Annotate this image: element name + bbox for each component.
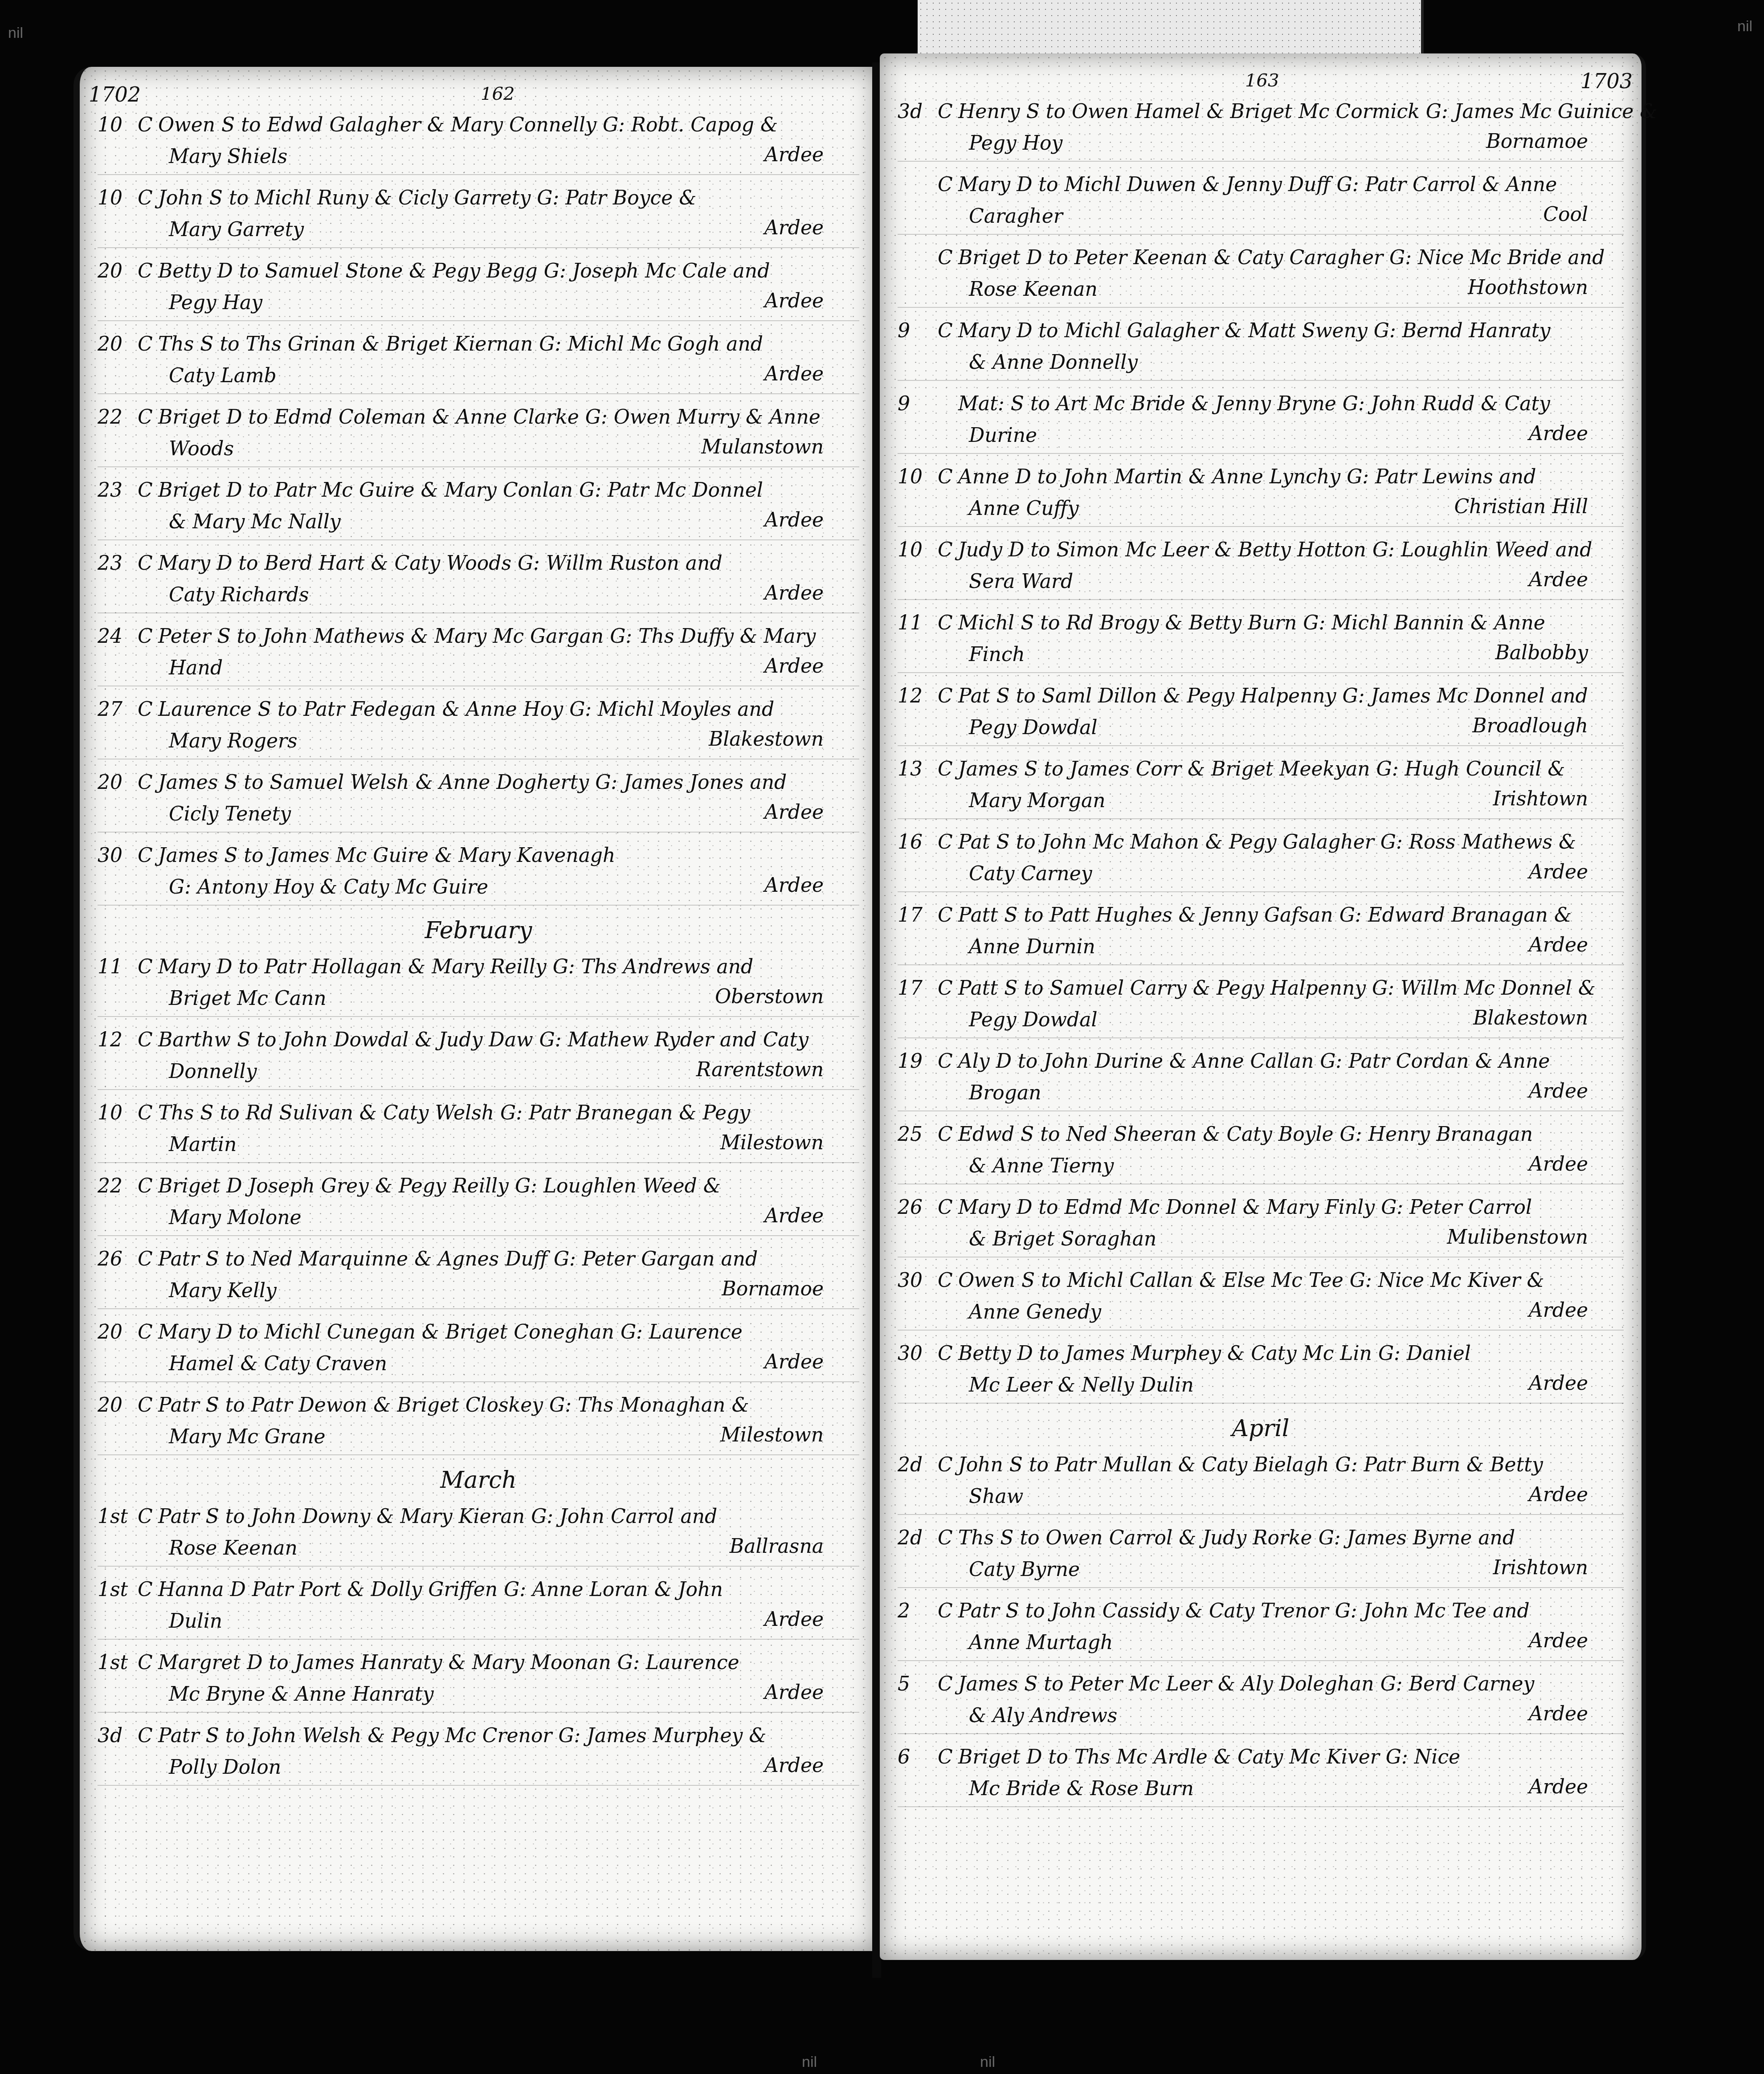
left-page: 1702 162 10COwen S to Edwd Galagher & Ma… [73,67,877,1951]
entry-mark: C [138,621,158,653]
entry-text: John S to Michl Runy & Cicly Garrety G: … [158,187,696,209]
entry-text: Michl S to Rd Brogy & Betty Burn G: Mich… [958,612,1545,634]
entry-cont-text: Finch [969,643,1025,666]
entry-cont-text: Briget Mc Cann [169,987,327,1010]
entry-mark: C [938,315,958,347]
entry-mark: C [138,1024,158,1056]
entry-line: 10COwen S to Edwd Galagher & Mary Connel… [98,109,859,141]
entry-continuation: DonnellyRarentstown [98,1056,859,1087]
entry-mark: C [138,1647,158,1679]
entry-cont-text: Anne Genedy [969,1301,1101,1323]
entry-place: Ballrasna [730,1531,824,1562]
entry-place: Ardee [764,1750,824,1781]
entry-continuation: Mary GarretyArdee [98,214,859,245]
entry-cont-text: Caty Carney [969,862,1092,885]
entry-continuation: Polly DolonArdee [98,1752,859,1783]
entry-place: Ardee [764,1677,824,1708]
entry-day: 20 [98,255,138,287]
entry-text: Mat: S to Art Mc Bride & Jenny Bryne G: … [958,392,1550,415]
entry-cont-text: Pegy Hoy [969,132,1062,155]
entry-place: Ardee [1529,1295,1588,1326]
entry-day: 26 [898,1192,938,1224]
entry-line: 20CMary D to Michl Cunegan & Briget Cone… [98,1316,859,1348]
entry-mark: C [938,1265,958,1297]
entry-text: Owen S to Michl Callan & Else Mc Tee G: … [958,1269,1544,1292]
entry-day: 30 [898,1265,938,1297]
watermark-nil-top-left: nil [8,24,23,42]
entry-day: 17 [898,899,938,931]
entry-text: Briget D to Ths Mc Ardle & Caty Mc Kiver… [958,1746,1460,1768]
right-page: 163 1703 3dCHenry S to Owen Hamel & Brig… [880,53,1646,1960]
entry-line: 11CMary D to Patr Hollagan & Mary Reilly… [98,951,859,983]
left-entries-list: 10COwen S to Edwd Galagher & Mary Connel… [98,109,859,1793]
entry-text: Hanna D Patr Port & Dolly Griffen G: Ann… [158,1578,723,1601]
entry-line: 16CPat S to John Mc Mahon & Pegy Galaghe… [898,826,1624,858]
entry-cont-text: Pegy Dowdal [969,716,1098,739]
entry-mark: C [138,1720,158,1752]
entry-cont-text: Sera Ward [969,570,1073,593]
entry-continuation: Mc Leer & Nelly DulinArdee [898,1370,1624,1401]
register-entry: 25CEdwd S to Ned Sheeran & Caty Boyle G:… [898,1119,1624,1184]
entry-text: Patr S to John Downy & Mary Kieran G: Jo… [158,1505,717,1528]
entry-cont-text: Mary Morgan [969,789,1105,812]
entry-place: Ardee [764,578,824,609]
entry-cont-text: Mc Bryne & Anne Hanraty [169,1683,434,1706]
entry-place: Bornamoe [722,1274,824,1305]
entry-day: 9 [898,315,938,347]
entry-continuation: Mc Bryne & Anne HanratyArdee [98,1679,859,1710]
entry-text: Pat S to Saml Dillon & Pegy Halpenny G: … [958,685,1588,707]
register-entry: 24CPeter S to John Mathews & Mary Mc Gar… [98,621,859,686]
register-entry: 12CBarthw S to John Dowdal & Judy Daw G:… [98,1024,859,1090]
entry-cont-text: & Briget Soraghan [969,1228,1156,1250]
entry-mark: C [138,1170,158,1202]
entry-continuation: MartinMilestown [98,1129,859,1160]
entry-line: 22CBriget D Joseph Grey & Pegy Reilly G:… [98,1170,859,1202]
entry-text: Patr S to John Cassidy & Caty Trenor G: … [958,1600,1530,1622]
entry-continuation: Mary RogersBlakestown [98,726,859,757]
register-entry: 19CAly D to John Durine & Anne Callan G:… [898,1045,1624,1111]
entry-mark: C [138,474,158,506]
entry-cont-text: Durine [969,424,1037,447]
entry-mark: C [138,1097,158,1129]
entry-day: 3d [898,96,938,128]
entry-cont-text: Brogan [969,1082,1041,1104]
entry-text: Patr S to Patr Dewon & Briget Closkey G:… [158,1394,749,1417]
register-entry: 10COwen S to Edwd Galagher & Mary Connel… [98,109,859,175]
entry-line: 10CJohn S to Michl Runy & Cicly Garrety … [98,182,859,214]
entry-continuation: BroganArdee [898,1078,1624,1109]
entry-place: Ardee [764,286,824,317]
entry-continuation: Caty CarneyArdee [898,858,1624,890]
entry-continuation: DulinArdee [98,1606,859,1637]
entry-cont-text: Rose Keenan [169,1537,298,1560]
entry-mark: C [938,1668,958,1700]
entry-place: Milestown [720,1420,824,1451]
entry-place: Blakestown [709,724,824,755]
entry-line: 2dCJohn S to Patr Mullan & Caty Bielagh … [898,1449,1624,1481]
entry-place: Ardee [1529,418,1588,449]
entry-cont-text: Mary Shiels [169,145,287,168]
entry-text: Mary D to Berd Hart & Caty Woods G: Will… [158,552,723,575]
register-entry: 26CMary D to Edmd Mc Donnel & Mary Finly… [898,1192,1624,1257]
entry-text: James S to James Corr & Briget Meekyan G… [958,758,1565,780]
register-entry: 2dCThs S to Owen Carrol & Judy Rorke G: … [898,1522,1624,1588]
entry-text: Edwd S to Ned Sheeran & Caty Boyle G: He… [958,1123,1533,1146]
entry-place: Ardee [764,1347,824,1378]
page-tab-strip [918,0,1424,56]
entry-text: Henry S to Owen Hamel & Briget Mc Cormic… [958,100,1658,123]
entry-continuation: & Anne Donnelly [898,347,1624,378]
register-entry: 30CBetty D to James Murphey & Caty Mc Li… [898,1338,1624,1404]
register-entry: 2dCJohn S to Patr Mullan & Caty Bielagh … [898,1449,1624,1515]
entry-cont-text: & Aly Andrews [969,1704,1117,1727]
entry-continuation: Cicly TenetyArdee [98,799,859,830]
register-entry: 9CMary D to Michl Galagher & Matt Sweny … [898,315,1624,381]
entry-mark: C [938,1522,958,1554]
entry-cont-text: Anne Durnin [969,935,1095,958]
entry-line: 26CPatr S to Ned Marquinne & Agnes Duff … [98,1243,859,1275]
entry-line: 19CAly D to John Durine & Anne Callan G:… [898,1045,1624,1078]
entry-text: Aly D to John Durine & Anne Callan G: Pa… [958,1050,1550,1073]
entry-mark: C [138,182,158,214]
entry-continuation: & Aly AndrewsArdee [898,1700,1624,1731]
entry-mark: C [938,680,958,712]
register-entry: 3dCHenry S to Owen Hamel & Briget Mc Cor… [898,96,1624,162]
entry-continuation: Caty ByrneIrishtown [898,1554,1624,1585]
entry-continuation: DurineArdee [898,420,1624,451]
register-entry: 20CJames S to Samuel Welsh & Anne Dogher… [98,767,859,833]
entry-line: 2dCThs S to Owen Carrol & Judy Rorke G: … [898,1522,1624,1554]
entry-place: Ardee [1529,857,1588,888]
entry-day: 13 [898,753,938,785]
entry-day: 25 [898,1119,938,1151]
entry-line: 2CPatr S to John Cassidy & Caty Trenor G… [898,1595,1624,1627]
entry-cont-text: Mc Leer & Nelly Dulin [969,1374,1194,1396]
register-entry: 11CMichl S to Rd Brogy & Betty Burn G: M… [898,607,1624,673]
entry-cont-text: & Mary Mc Nally [169,510,341,533]
entry-line: 30COwen S to Michl Callan & Else Mc Tee … [898,1265,1624,1297]
entry-cont-text: Hand [169,657,223,679]
entry-cont-text: & Anne Donnelly [969,351,1138,374]
entry-day: 1st [98,1574,138,1606]
entry-day: 26 [98,1243,138,1275]
entry-place: Ardee [764,1200,824,1232]
entry-mark: C [938,1595,958,1627]
entry-cont-text: Pegy Dowdal [969,1008,1098,1031]
entry-text: Briget D to Peter Keenan & Caty Caragher… [958,246,1605,269]
entry-continuation: WoodsMulanstown [98,433,859,465]
entry-day: 24 [98,621,138,653]
register-entry: 17CPatt S to Samuel Carry & Pegy Halpenn… [898,972,1624,1038]
entry-place: Ardee [764,797,824,828]
entry-day: 10 [898,461,938,493]
entry-mark: C [138,1316,158,1348]
entry-mark: C [938,972,958,1004]
entry-line: 27CLaurence S to Patr Fedegan & Anne Hoy… [98,694,859,726]
register-entry: 17CPatt S to Patt Hughes & Jenny Gafsan … [898,899,1624,965]
entry-mark: C [138,694,158,726]
entry-day: 20 [98,1389,138,1421]
entry-mark: C [938,1045,958,1078]
register-entry: 1stCHanna D Patr Port & Dolly Griffen G:… [98,1574,859,1640]
entry-cont-text: Caty Byrne [969,1558,1080,1581]
entry-day: 5 [898,1668,938,1700]
entry-line: 3dCPatr S to John Welsh & Pegy Mc Crenor… [98,1720,859,1752]
register-entry: 5CJames S to Peter Mc Leer & Aly Dolegha… [898,1668,1624,1734]
entry-day: 11 [98,951,138,983]
right-entries-list: 3dCHenry S to Owen Hamel & Briget Mc Cor… [898,96,1624,1814]
entry-text: Betty D to James Murphey & Caty Mc Lin G… [958,1342,1471,1365]
entry-day: 22 [98,1170,138,1202]
entry-continuation: Pegy HoyBornamoe [898,128,1624,159]
register-entry: 20CBetty D to Samuel Stone & Pegy Begg G… [98,255,859,321]
entry-line: 30CBetty D to James Murphey & Caty Mc Li… [898,1338,1624,1370]
entry-cont-text: Martin [169,1133,237,1156]
register-entry: CMary D to Michl Duwen & Jenny Duff G: P… [898,169,1624,235]
entry-text: Ths S to Ths Grinan & Briget Kiernan G: … [158,333,763,355]
entry-day: 19 [898,1045,938,1078]
entry-line: 10CThs S to Rd Sulivan & Caty Welsh G: P… [98,1097,859,1129]
entry-day: 2d [898,1522,938,1554]
entry-continuation: Pegy HayArdee [98,287,859,318]
entry-continuation: Anne MurtaghArdee [898,1627,1624,1658]
left-page-number: 162 [481,84,514,104]
register-entry: 22CBriget D Joseph Grey & Pegy Reilly G:… [98,1170,859,1236]
entry-day: 20 [98,328,138,360]
entry-line: 1stCPatr S to John Downy & Mary Kieran G… [98,1501,859,1533]
entry-continuation: Hamel & Caty CravenArdee [98,1348,859,1380]
entry-place: Irishtown [1493,1552,1588,1584]
entry-continuation: Briget Mc CannOberstown [98,983,859,1014]
left-page-year: 1702 [89,82,141,106]
entry-place: Ardee [764,651,824,682]
entry-text: Margret D to James Hanraty & Mary Moonan… [158,1651,739,1674]
entry-cont-text: Caty Richards [169,584,309,606]
entry-text: Mary D to Michl Cunegan & Briget Conegha… [158,1321,743,1343]
register-entry: 3dCPatr S to John Welsh & Pegy Mc Crenor… [98,1720,859,1786]
entry-cont-text: Hamel & Caty Craven [169,1352,387,1375]
register-entry: 10CJudy D to Simon Mc Leer & Betty Hotto… [898,534,1624,600]
entry-text: Mary D to Patr Hollagan & Mary Reilly G:… [158,955,753,978]
entry-line: 3dCHenry S to Owen Hamel & Briget Mc Cor… [898,96,1624,128]
entry-place: Milestown [720,1127,824,1159]
register-entry: 1stCMargret D to James Hanraty & Mary Mo… [98,1647,859,1713]
entry-continuation: Caty RichardsArdee [98,580,859,611]
entry-text: Patr S to John Welsh & Pegy Mc Crenor G:… [158,1724,767,1747]
entry-place: Ardee [1529,1076,1588,1107]
entry-mark: C [938,1449,958,1481]
entry-cont-text: Mc Bride & Rose Burn [969,1777,1194,1800]
entry-cont-text: & Anne Tierny [969,1155,1114,1177]
entry-line: 17CPatt S to Patt Hughes & Jenny Gafsan … [898,899,1624,931]
entry-mark: C [938,169,958,201]
entry-mark: C [138,951,158,983]
entry-place: Balbobby [1495,637,1588,669]
entry-line: 10CAnne D to John Martin & Anne Lynchy G… [898,461,1624,493]
entry-line: 6CBriget D to Ths Mc Ardle & Caty Mc Kiv… [898,1741,1624,1773]
entry-cont-text: Caragher [969,205,1063,228]
entry-continuation: Mary ShielsArdee [98,141,859,172]
entry-place: Ardee [764,139,824,171]
entry-mark: C [938,826,958,858]
register-entry: 6CBriget D to Ths Mc Ardle & Caty Mc Kiv… [898,1741,1624,1807]
entry-day: 12 [98,1024,138,1056]
month-heading: February [98,913,859,948]
entry-mark: C [138,109,158,141]
entry-place: Ardee [1529,564,1588,596]
entry-text: Briget D Joseph Grey & Pegy Reilly G: Lo… [158,1175,721,1197]
entry-cont-text: Dulin [169,1610,222,1633]
watermark-nil-bottom-2: nil [980,2054,995,2071]
register-entry: 26CPatr S to Ned Marquinne & Agnes Duff … [98,1243,859,1309]
register-entry: 30CJames S to James Mc Guire & Mary Kave… [98,840,859,906]
entry-line: 5CJames S to Peter Mc Leer & Aly Dolegha… [898,1668,1624,1700]
entry-mark: C [938,534,958,566]
register-entry: 9Mat: S to Art Mc Bride & Jenny Bryne G:… [898,388,1624,454]
entry-line: 25CEdwd S to Ned Sheeran & Caty Boyle G:… [898,1119,1624,1151]
entry-text: Owen S to Edwd Galagher & Mary Connelly … [158,114,778,136]
entry-day: 16 [898,826,938,858]
entry-text: Ths S to Rd Sulivan & Caty Welsh G: Patr… [158,1102,750,1124]
entry-continuation: Pegy DowdalBlakestown [898,1004,1624,1036]
entry-day: 3d [98,1720,138,1752]
entry-place: Ardee [1529,1149,1588,1180]
entry-line: 1stCHanna D Patr Port & Dolly Griffen G:… [98,1574,859,1606]
month-heading: April [898,1411,1624,1446]
entry-text: Mary D to Michl Duwen & Jenny Duff G: Pa… [958,173,1557,196]
entry-line: 12CBarthw S to John Dowdal & Judy Daw G:… [98,1024,859,1056]
entry-mark: C [138,547,158,580]
entry-text: Ths S to Owen Carrol & Judy Rorke G: Jam… [958,1527,1515,1549]
entry-place: Mulanstown [701,432,824,463]
entry-place: Ardee [764,1604,824,1635]
entry-continuation: Caty LambArdee [98,360,859,392]
entry-line: 13CJames S to James Corr & Briget Meekya… [898,753,1624,785]
entry-mark: C [938,753,958,785]
entry-line: 10CJudy D to Simon Mc Leer & Betty Hotto… [898,534,1624,566]
entry-day: 10 [898,534,938,566]
entry-day: 10 [98,109,138,141]
entry-cont-text: Mary Mc Grane [169,1425,326,1448]
entry-place: Ardee [1529,1772,1588,1803]
entry-day: 1st [98,1501,138,1533]
entry-place: Christian Hill [1454,491,1588,523]
entry-day: 30 [98,840,138,872]
register-entry: CBriget D to Peter Keenan & Caty Caraghe… [898,242,1624,308]
register-entry: 23CBriget D to Patr Mc Guire & Mary Conl… [98,474,859,540]
entry-continuation: & Mary Mc NallyArdee [98,506,859,538]
entry-day: 2d [898,1449,938,1481]
register-entry: 30COwen S to Michl Callan & Else Mc Tee … [898,1265,1624,1331]
right-page-year: 1703 [1580,69,1633,93]
entry-cont-text: Mary Kelly [169,1279,277,1302]
register-entry: 20CMary D to Michl Cunegan & Briget Cone… [98,1316,859,1382]
entry-place: Cool [1543,199,1588,230]
entry-line: 20CBetty D to Samuel Stone & Pegy Begg G… [98,255,859,287]
entry-place: Broadlough [1472,710,1588,742]
entry-line: 9Mat: S to Art Mc Bride & Jenny Bryne G:… [898,388,1624,420]
entry-cont-text: Anne Murtagh [969,1631,1113,1654]
entry-mark: C [938,1338,958,1370]
watermark-nil-right: nil [1737,18,1752,35]
month-heading: March [98,1462,859,1498]
entry-place: Irishtown [1493,784,1588,815]
entry-line: CBriget D to Peter Keenan & Caty Caraghe… [898,242,1624,274]
entry-place: Blakestown [1473,1003,1588,1034]
entry-line: CMary D to Michl Duwen & Jenny Duff G: P… [898,169,1624,201]
entry-text: Patt S to Samuel Carry & Pegy Halpenny G… [958,977,1596,1000]
entry-place: Ardee [764,870,824,901]
entry-text: James S to Peter Mc Leer & Aly Doleghan … [958,1673,1534,1695]
entry-line: 12CPat S to Saml Dillon & Pegy Halpenny … [898,680,1624,712]
entry-cont-text: Anne Cuffy [969,497,1079,520]
entry-text: Mary D to Michl Galagher & Matt Sweny G:… [958,319,1550,342]
entry-line: 23CMary D to Berd Hart & Caty Woods G: W… [98,547,859,580]
entry-mark: C [138,1243,158,1275]
entry-place: Ardee [764,505,824,536]
entry-text: Anne D to John Martin & Anne Lynchy G: P… [958,465,1536,488]
entry-place: Ardee [1529,1479,1588,1511]
register-entry: 23CMary D to Berd Hart & Caty Woods G: W… [98,547,859,613]
entry-mark: C [938,96,958,128]
entry-day: 23 [98,474,138,506]
entry-text: Judy D to Simon Mc Leer & Betty Hotton G… [958,539,1592,561]
entry-continuation: Anne GenedyArdee [898,1297,1624,1328]
entry-text: Patr S to Ned Marquinne & Agnes Duff G: … [158,1248,758,1270]
entry-line: 30CJames S to James Mc Guire & Mary Kave… [98,840,859,872]
entry-mark: C [938,461,958,493]
entry-line: 1stCMargret D to James Hanraty & Mary Mo… [98,1647,859,1679]
entry-line: 20CThs S to Ths Grinan & Briget Kiernan … [98,328,859,360]
entry-continuation: Mc Bride & Rose BurnArdee [898,1773,1624,1805]
register-entry: 10CAnne D to John Martin & Anne Lynchy G… [898,461,1624,527]
entry-text: James S to Samuel Welsh & Anne Dogherty … [158,771,787,794]
entry-place: Oberstown [715,981,824,1013]
entry-day: 10 [98,1097,138,1129]
entry-cont-text: Rose Keenan [969,278,1098,301]
entry-line: 26CMary D to Edmd Mc Donnel & Mary Finly… [898,1192,1624,1224]
entry-cont-text: Donnelly [169,1060,257,1083]
register-entry: 20CPatr S to Patr Dewon & Briget Closkey… [98,1389,859,1455]
entry-cont-text: Cicly Tenety [169,803,291,825]
entry-line: 20CPatr S to Patr Dewon & Briget Closkey… [98,1389,859,1421]
register-entry: 11CMary D to Patr Hollagan & Mary Reilly… [98,951,859,1017]
entry-day: 23 [98,547,138,580]
entry-continuation: Mary MoloneArdee [98,1202,859,1233]
entry-mark: C [138,767,158,799]
entry-line: 23CBriget D to Patr Mc Guire & Mary Conl… [98,474,859,506]
right-page-number: 163 [1245,70,1279,91]
entry-cont-text: Mary Molone [169,1206,302,1229]
entry-mark: C [138,328,158,360]
register-entry: 1stCPatr S to John Downy & Mary Kieran G… [98,1501,859,1567]
entry-place: Bornamoe [1486,126,1588,157]
entry-place: Hoothstown [1468,272,1588,303]
entry-day: 11 [898,607,938,639]
entry-continuation: & Anne TiernyArdee [898,1151,1624,1182]
register-entry: 2CPatr S to John Cassidy & Caty Trenor G… [898,1595,1624,1661]
entry-continuation: & Briget SoraghanMulibenstown [898,1224,1624,1255]
entry-day: 6 [898,1741,938,1773]
entry-continuation: Rose KeenanHoothstown [898,274,1624,305]
entry-place: Rarentstown [696,1054,824,1086]
entry-continuation: Mary Mc GraneMilestown [98,1421,859,1453]
entry-continuation: CaragherCool [898,201,1624,232]
entry-cont-text: Shaw [969,1485,1023,1508]
entry-cont-text: Woods [169,437,234,460]
entry-day: 27 [98,694,138,726]
